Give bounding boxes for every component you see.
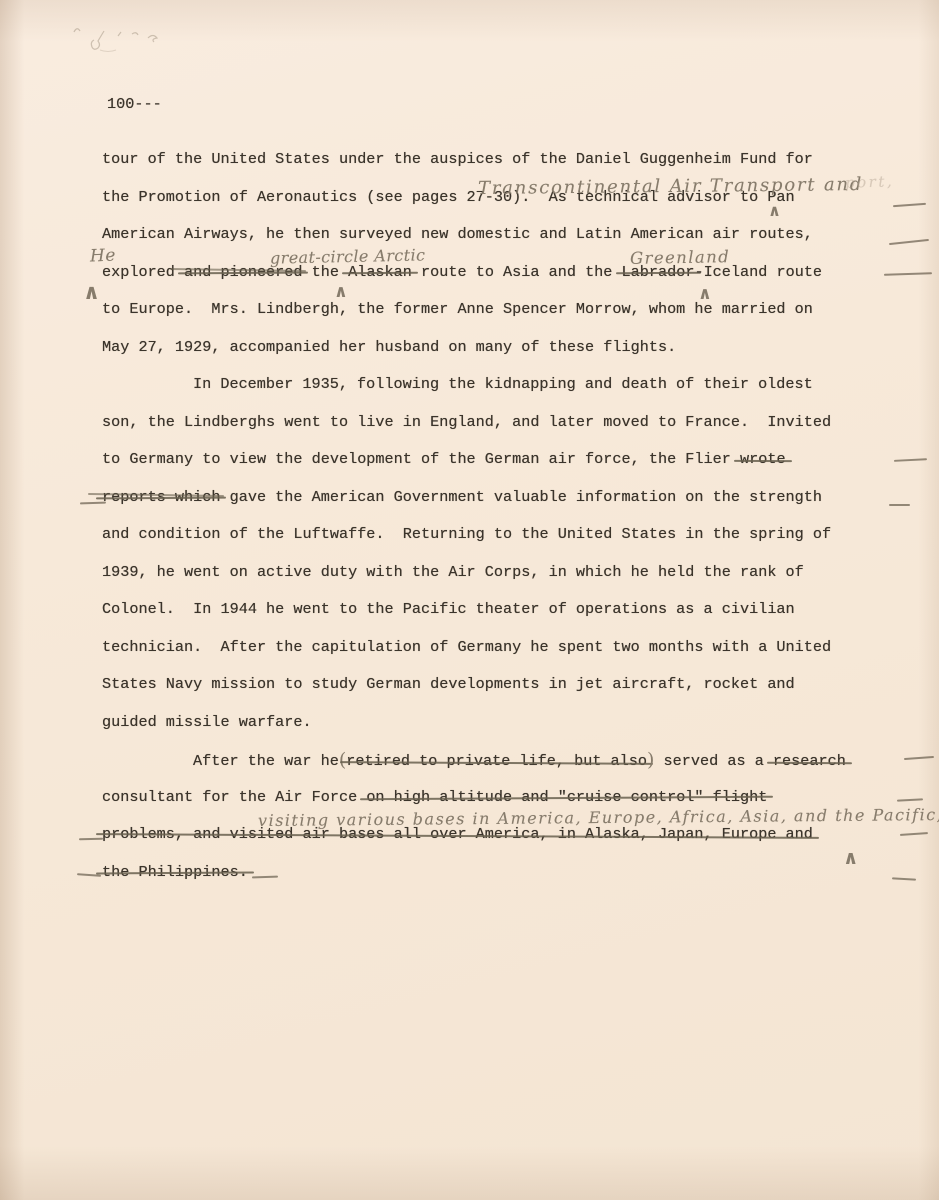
faint-pencil-scribble: [60, 14, 190, 64]
typed-text: served as a: [654, 752, 772, 770]
struck-text: retired to private life, but also: [346, 752, 647, 770]
typed-text: After the war he: [193, 752, 339, 770]
typed-line: to Germany to view the development of th…: [102, 441, 902, 479]
typed-line: In December 1935, following the kidnappi…: [102, 366, 902, 404]
struck-text: the Philippines.: [102, 863, 248, 881]
struck-text: wrote: [740, 450, 786, 468]
margin-check-dash: [904, 756, 934, 760]
typed-line: tour of the United States under the ausp…: [102, 141, 902, 179]
typed-text: technician. After the capitulation of Ge…: [102, 638, 831, 656]
typed-text: guided missile warfare.: [102, 713, 312, 731]
typed-line: technician. After the capitulation of Ge…: [102, 629, 902, 667]
struck-text: research: [773, 752, 846, 770]
struck-text: on high altitude and "cruise control" fl…: [366, 788, 767, 806]
typed-line: American Airways, he then surveyed new d…: [102, 216, 902, 254]
typed-line: May 27, 1929, accompanied her husband on…: [102, 329, 902, 367]
typed-line: son, the Lindberghs went to live in Engl…: [102, 404, 902, 442]
insertion-great-circle-arctic: great-circle Arctic: [270, 245, 426, 267]
typed-text: consultant for the Air Force: [102, 788, 366, 806]
insertion-transcontinental: Transcontinental Air Transport and: [478, 174, 863, 199]
typed-text: gave the American Government valuable in…: [220, 488, 822, 506]
typed-line: guided missile warfare.: [102, 704, 902, 742]
typed-line: 1939, he went on active duty with the Ai…: [102, 554, 902, 592]
typed-line: to Europe. Mrs. Lindbergh, the former An…: [102, 291, 902, 329]
typed-line: After the war he(retired to private life…: [102, 741, 902, 779]
erased-pencil-transport: port,: [845, 172, 895, 192]
typed-line: Colonel. In 1944 he went to the Pacific …: [102, 591, 902, 629]
caret-margin-explored: ∧: [83, 282, 100, 303]
manuscript-page: 100--- tour of the United States under t…: [0, 0, 939, 1200]
typed-line: reports which gave the American Governme…: [102, 479, 902, 517]
typed-text: son, the Lindberghs went to live in Engl…: [102, 413, 831, 431]
typed-line: the Philippines.: [102, 854, 902, 892]
caret-after-to: ∧: [768, 203, 781, 219]
typed-line: States Navy mission to study German deve…: [102, 666, 902, 704]
strikeout-extension-dash: [77, 873, 101, 877]
typed-text: American Airways, he then surveyed new d…: [102, 225, 813, 243]
page-number: 100---: [107, 95, 162, 113]
typed-text: 1939, he went on active duty with the Ai…: [102, 563, 804, 581]
typed-text: Colonel. In 1944 he went to the Pacific …: [102, 600, 795, 618]
typed-text: States Navy mission to study German deve…: [102, 675, 795, 693]
margin-check-dash: [900, 832, 928, 836]
typed-line: and condition of the Luftwaffe. Returnin…: [102, 516, 902, 554]
typed-text: May 27, 1929, accompanied her husband on…: [102, 338, 676, 356]
typed-text: route to Asia and the: [412, 263, 622, 281]
typed-text: to Germany to view the development of th…: [102, 450, 740, 468]
strikeout-extension-dash: [79, 838, 103, 841]
caret-insertion-line: ∧: [843, 849, 858, 868]
typed-text: In December 1935, following the kidnappi…: [193, 375, 813, 393]
caret-before-alaskan: ∧: [334, 284, 348, 301]
typed-text: tour of the United States under the ausp…: [102, 150, 813, 168]
typed-line: explored and pioneered the Alaskan route…: [102, 254, 902, 292]
typed-text: and condition of the Luftwaffe. Returnin…: [102, 525, 831, 543]
struck-text: reports which: [102, 488, 220, 506]
caret-before-iceland: ∧: [698, 286, 712, 303]
insertion-greenland: Greenland: [630, 247, 730, 268]
typed-text-block: tour of the United States under the ausp…: [102, 141, 902, 891]
insertion-he: He: [90, 246, 117, 267]
